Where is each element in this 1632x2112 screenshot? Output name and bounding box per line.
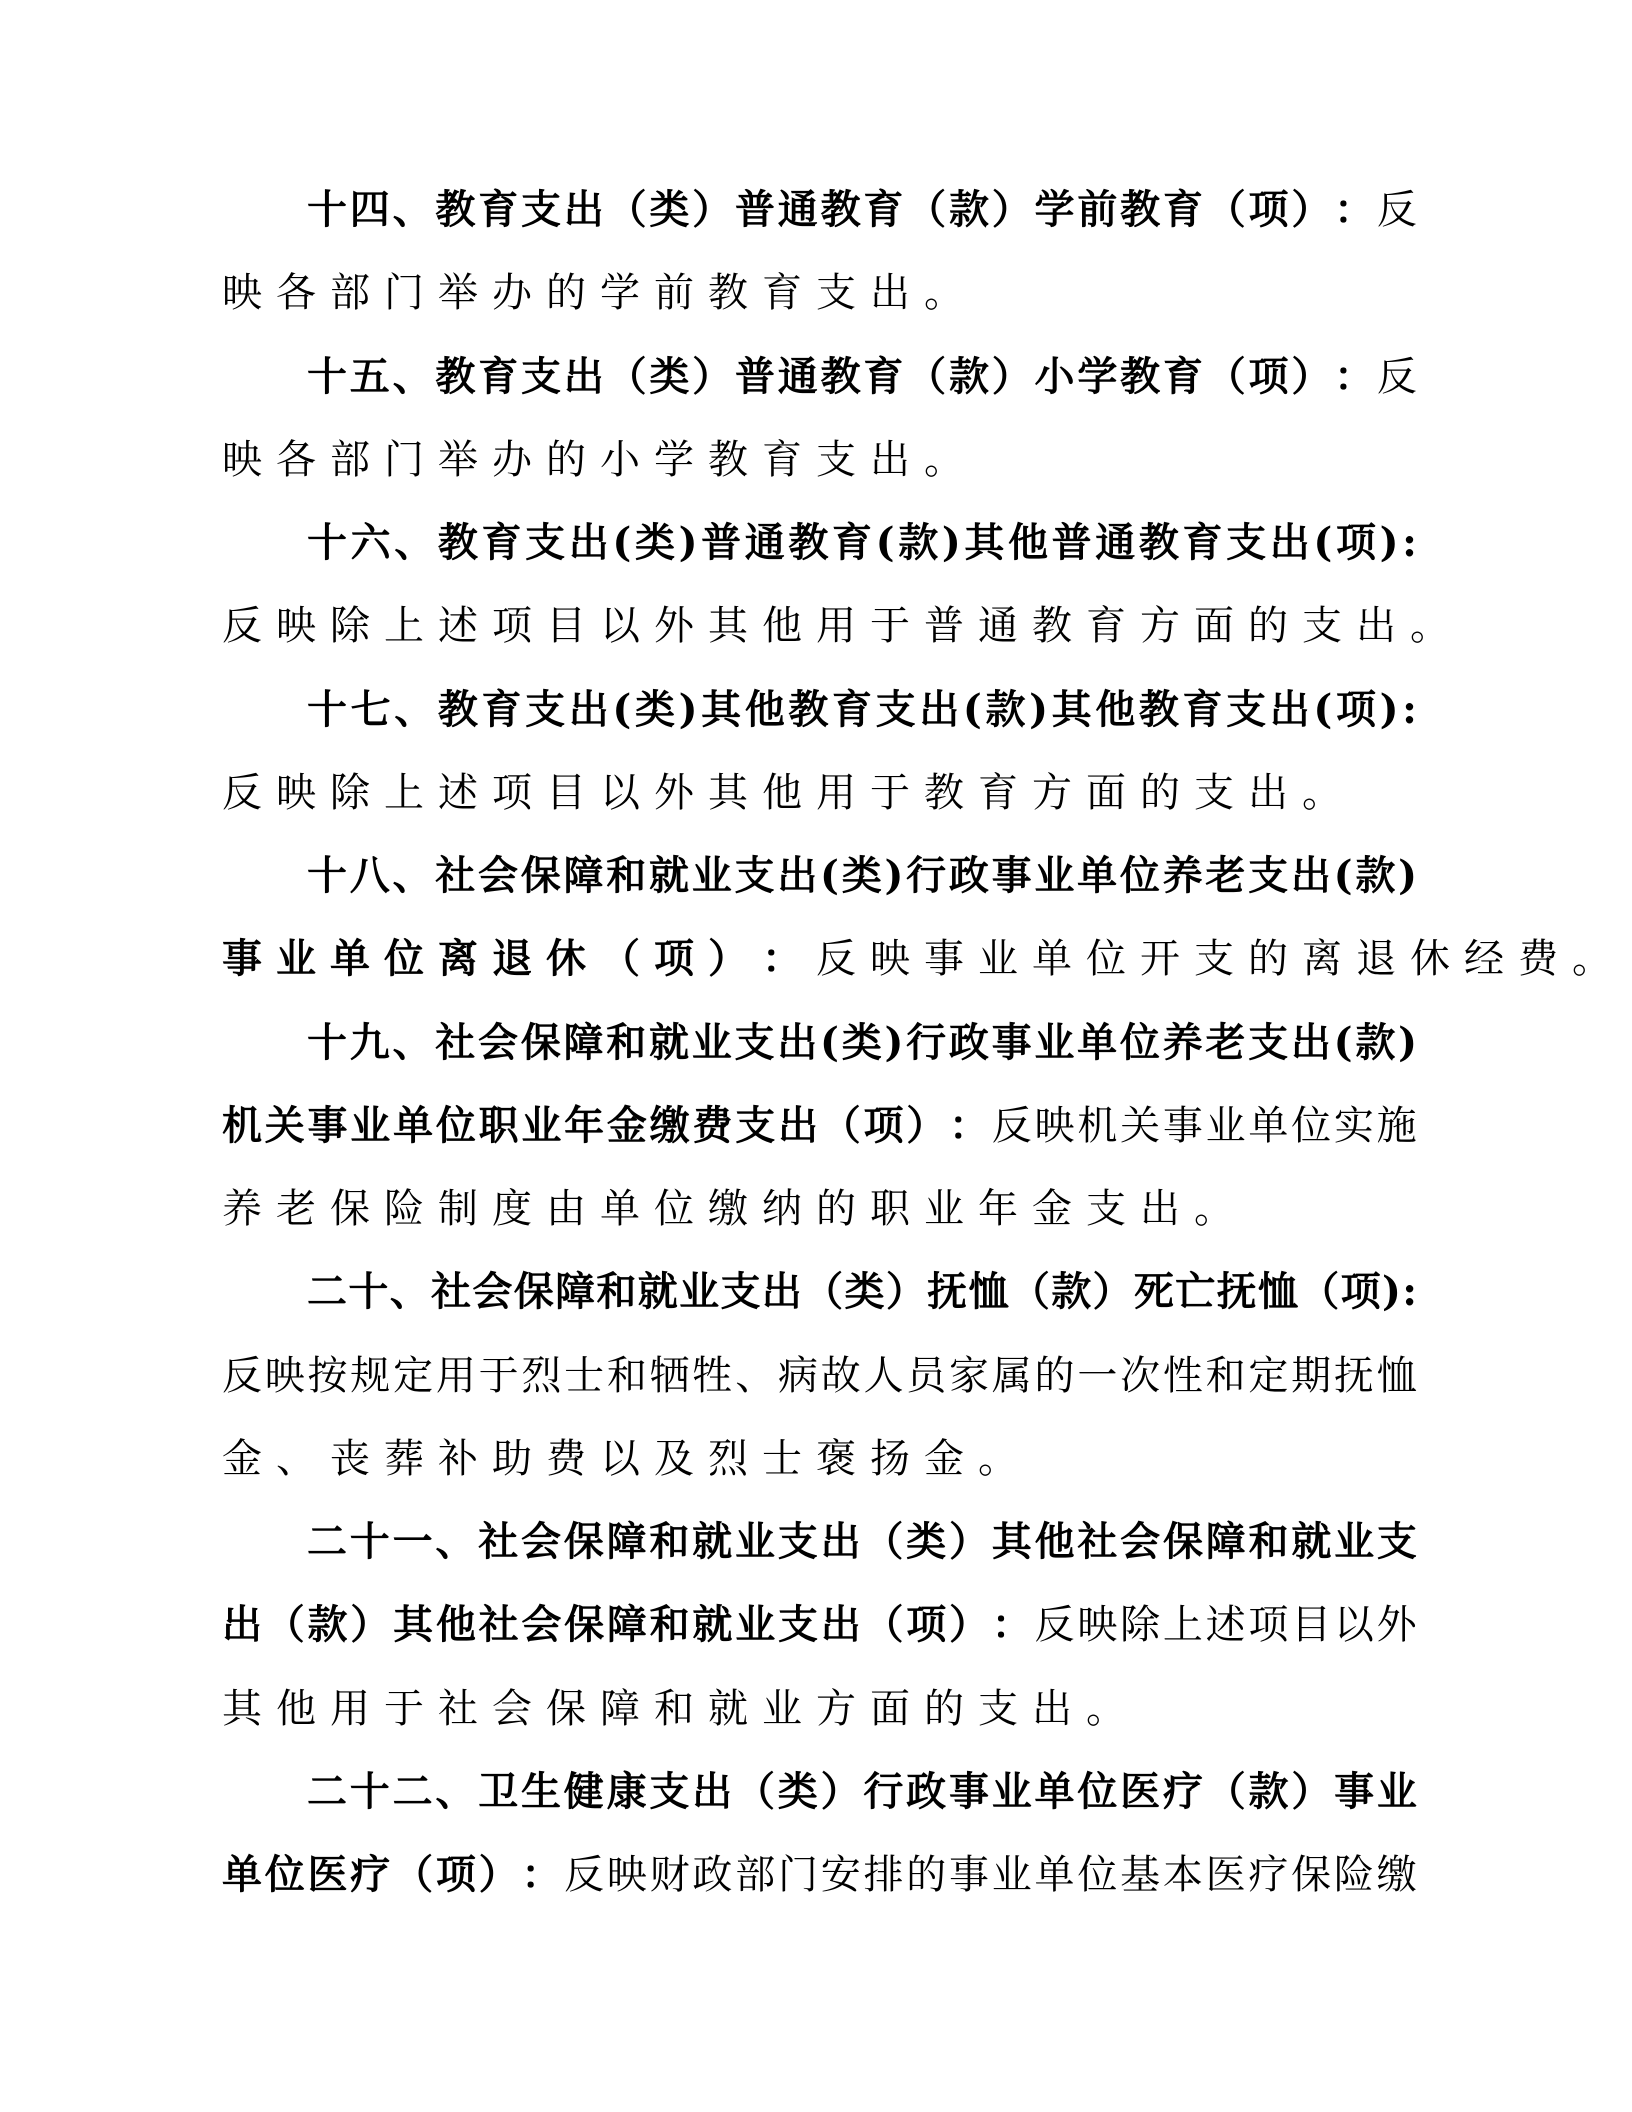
paragraph-line: 映各部门举办的学前教育支出。 [222,263,1417,323]
paragraph-line: 反映除上述项目以外其他用于普通教育方面的支出。 [222,596,1417,656]
paragraph-line: 其他用于社会保障和就业方面的支出。 [222,1679,1417,1739]
paragraph-line: 事业单位离退休（项）：反映事业单位开支的离退休经费。 [222,929,1417,989]
paragraph-line: 二十二、卫生健康支出（类）行政事业单位医疗（款）事业 [307,1762,1417,1822]
paragraph-line: 十六、教育支出(类)普通教育(款)其他普通教育支出(项): [307,513,1417,573]
paragraph-line: 映各部门举办的小学教育支出。 [222,430,1417,490]
document-page: 十四、教育支出（类）普通教育（款）学前教育（项）：反映各部门举办的学前教育支出。… [0,0,1632,2112]
paragraph-line: 单位医疗（项）：反映财政部门安排的事业单位基本医疗保险缴 [222,1845,1417,1905]
paragraph-line: 十七、教育支出(类)其他教育支出(款)其他教育支出(项): [307,680,1417,740]
paragraph-line: 机关事业单位职业年金缴费支出（项）：反映机关事业单位实施 [222,1096,1417,1156]
paragraph-line: 二十、社会保障和就业支出（类）抚恤（款）死亡抚恤（项): [307,1262,1417,1322]
paragraph-line: 养老保险制度由单位缴纳的职业年金支出。 [222,1179,1417,1239]
paragraph-line: 金、丧葬补助费以及烈士褒扬金。 [222,1429,1417,1489]
paragraph-line: 反映按规定用于烈士和牺牲、病故人员家属的一次性和定期抚恤 [222,1346,1417,1406]
paragraph-line: 十九、社会保障和就业支出(类)行政事业单位养老支出(款) [307,1013,1417,1073]
paragraph-line: 十五、教育支出（类）普通教育（款）小学教育（项）：反 [307,347,1417,407]
paragraph-line: 出（款）其他社会保障和就业支出（项）：反映除上述项目以外 [222,1595,1417,1655]
paragraph-line: 反映除上述项目以外其他用于教育方面的支出。 [222,763,1417,823]
paragraph-line: 十八、社会保障和就业支出(类)行政事业单位养老支出(款) [307,846,1417,906]
paragraph-line: 二十一、社会保障和就业支出（类）其他社会保障和就业支 [307,1512,1417,1572]
paragraph-line: 十四、教育支出（类）普通教育（款）学前教育（项）：反 [307,180,1417,240]
